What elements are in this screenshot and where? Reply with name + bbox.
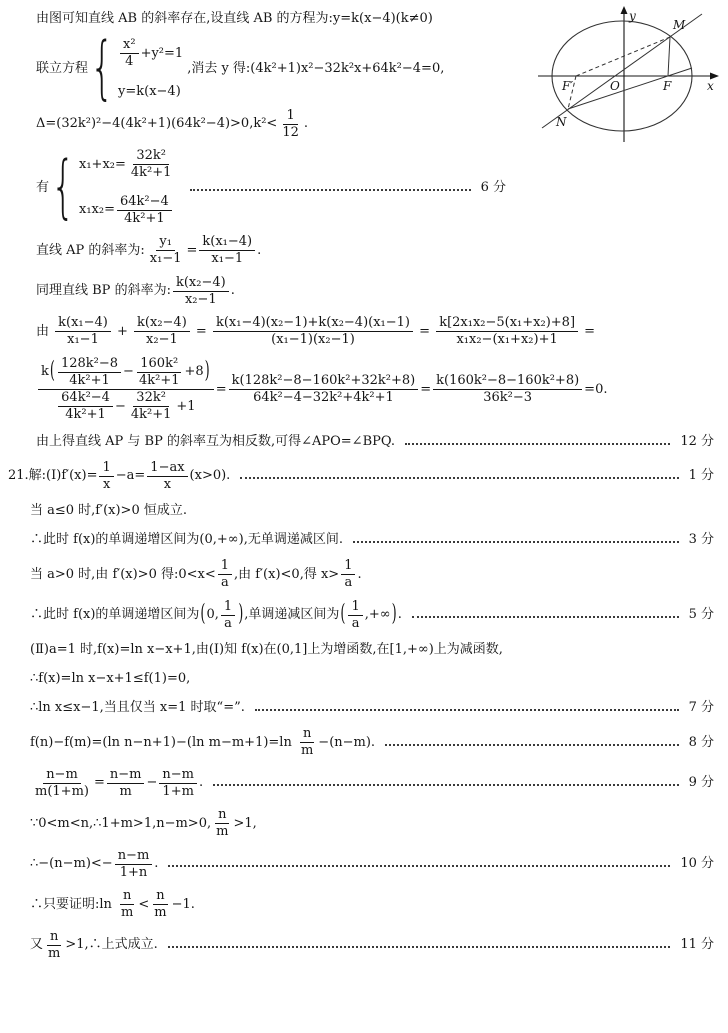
formula-text: −a= — [116, 467, 146, 485]
fraction: 64k²−44k²+1 — [117, 194, 172, 228]
formula-text: − — [115, 399, 126, 415]
label-origin-O: O — [610, 79, 620, 93]
formula-text: 同理直线 BP 的斜率为: — [36, 282, 171, 300]
fraction-numerator: 1 — [283, 108, 297, 125]
formula-text: ,+∞ — [365, 606, 391, 624]
fraction-denominator: m — [117, 784, 135, 800]
fraction-numerator: 1 — [99, 460, 113, 477]
dotted-leader — [168, 944, 671, 948]
line-conclusion-angles: 由上得直线 AP 与 BP 的斜率互为相反数,可得∠APO=∠BPQ.12 分 — [36, 431, 714, 453]
fraction-numerator: n−m — [115, 848, 153, 865]
fraction: x²4 — [120, 37, 139, 71]
formula-text: 4k²+1 — [124, 211, 165, 227]
fraction-denominator: a — [349, 616, 363, 632]
formula-text: k(x₁−4)(x₂−1)+k(x₂−4)(x₁−1) — [216, 315, 410, 331]
label-focus-Fprime: F′ — [561, 79, 573, 93]
big-paren: ( — [200, 599, 205, 632]
segment-MF — [668, 37, 670, 76]
formula-text: 1 — [351, 599, 359, 615]
formula-text: a — [221, 575, 229, 591]
formula-text: = — [580, 323, 595, 341]
fraction-numerator: x² — [120, 37, 139, 54]
formula-text: ∴此时 f(x)的单调递增区间为 — [30, 606, 199, 624]
left-brace-icon: { — [90, 35, 114, 103]
fraction-numerator: n−m — [159, 767, 197, 784]
fraction: 1a — [218, 558, 232, 592]
formula-text: k(x₁−4) — [58, 315, 108, 331]
formula-text: 有 — [36, 179, 49, 197]
formula-text: x₂−1 — [185, 292, 217, 308]
formula-text: (Ⅱ)a=1 时,f(x)=ln x−x+1,由(Ⅰ)知 f(x)在(0,1]上… — [30, 641, 503, 659]
formula-text: 1 — [344, 558, 352, 574]
fraction-denominator: 1+m — [159, 784, 197, 800]
fraction-denominator: (x₁−1)(x₂−1) — [268, 332, 358, 348]
formula-text: n — [303, 726, 311, 742]
fraction: 1a — [221, 599, 235, 633]
line-21-derivative: 21.解:(Ⅰ)f′(x)=1x−a=1−axx(x>0).1 分 — [8, 460, 714, 494]
fraction-numerator: 1 — [348, 599, 362, 616]
fraction: 1a — [348, 599, 362, 633]
line-monotonic-intervals-conclusion: ∴此时 f(x)的单调递增区间为(0,1a),单调递减区间为(1a,+∞).5 … — [30, 599, 714, 633]
fraction-numerator: 32k² — [133, 390, 169, 407]
line-slope-ap: 直线 AP 的斜率为:y₁x₁−1=k(x₁−4)x₁−1. — [36, 234, 714, 268]
dotted-leader — [168, 863, 670, 867]
formula-text: < — [138, 896, 149, 914]
formula-text: 36k²−3 — [483, 390, 532, 406]
y-axis-arrow-icon — [621, 6, 628, 14]
formula-text: x₂−1 — [146, 332, 178, 348]
fraction-denominator: 12 — [279, 125, 302, 141]
score-label: 5 分 — [689, 606, 714, 624]
fraction-numerator: k(x₁−4) — [199, 234, 255, 251]
fraction: 160k²4k²+1 — [136, 356, 183, 390]
fraction-denominator: m — [213, 824, 231, 840]
formula-text: 64k²−4 — [120, 194, 169, 210]
fraction-numerator: n — [153, 888, 167, 905]
fraction: k(x₂−4)x₂−1 — [173, 275, 229, 309]
label-point-N: N — [555, 115, 567, 129]
formula-text: ∴只要证明:ln — [30, 896, 116, 914]
formula-text: ∵0<m<n,∴1+m>1,n−m>0, — [30, 815, 211, 833]
formula-text: n−m — [46, 767, 78, 783]
formula-text: 当 a≤0 时,f′(x)>0 恒成立. — [30, 502, 187, 520]
formula-text: . — [231, 282, 235, 300]
formula-text: = — [94, 774, 105, 792]
system-row: x²4+y²=1 — [118, 37, 183, 71]
formula-text: m — [216, 824, 228, 840]
fraction-numerator: n−m — [107, 767, 145, 784]
formula-text: −(n−m). — [318, 734, 375, 752]
fraction-denominator: x — [161, 477, 174, 493]
dotted-leader — [240, 475, 678, 479]
formula-text: ∴此时 f(x)的单调递增区间为(0,+∞),无单调递减区间. — [30, 531, 343, 549]
fraction: 1x — [99, 460, 113, 494]
formula-text: 4 — [125, 54, 133, 70]
formula-text: = — [187, 242, 198, 260]
formula-text: 1+m — [162, 784, 194, 800]
formula-text: +y²=1 — [141, 45, 184, 63]
fraction-denominator: 36k²−3 — [480, 390, 535, 406]
fraction-denominator: 4k²+1 — [136, 373, 183, 389]
fraction-numerator: k(160k²−8−160k²+8) — [433, 373, 582, 390]
ellipse-figure: y x M N F F′ O — [536, 6, 722, 146]
fraction-numerator: k(x₁−4) — [55, 315, 111, 332]
formula-text: ∴−(n−m)<− — [30, 855, 113, 873]
score-label: 3 分 — [689, 531, 714, 549]
formula-text: 128k²−8 — [61, 356, 118, 372]
formula-text: = — [192, 323, 211, 341]
fraction-numerator: 1−ax — [147, 460, 187, 477]
system-row: x₁x₂=64k²−44k²+1 — [79, 194, 174, 228]
fraction-denominator: m — [45, 946, 63, 962]
formula-text: y₁ — [159, 234, 172, 250]
formula-text: k(128k²−8−160k²+32k²+8) — [232, 373, 416, 389]
fraction: k(160k²−8−160k²+8)36k²−3 — [433, 373, 582, 407]
formula-text: >1, — [233, 815, 256, 833]
formula-text: + — [113, 323, 132, 341]
dotted-leader — [385, 742, 679, 746]
fraction: nm — [213, 807, 231, 841]
fraction-numerator: 1 — [218, 558, 232, 575]
formula-text: k(160k²−8−160k²+8) — [436, 373, 579, 389]
formula-text: ,消去 y 得:(4k²+1)x²−32k²x+64k²−4=0, — [187, 60, 444, 78]
fraction-denominator: x₂−1 — [182, 292, 220, 308]
line-vieta-system: 有{x₁+x₂=32k²4k²+1x₁x₂=64k²−44k²+16 分 — [36, 148, 506, 227]
fraction-denominator: 4 — [122, 54, 136, 70]
label-x-axis: x — [707, 79, 714, 93]
formula-text: 1 — [102, 460, 110, 476]
formula-text: x — [164, 477, 171, 493]
big-paren: ) — [392, 599, 397, 632]
line-negative-inequality: ∴−(n−m)<−n−m1+n.10 分 — [30, 848, 714, 882]
formula-text: 64k²−4−32k²+4k²+1 — [253, 390, 394, 406]
formula-text: n — [156, 888, 164, 904]
formula-text: 4k²+1 — [69, 373, 110, 389]
formula-text: n — [123, 888, 131, 904]
score-label: 8 分 — [689, 734, 714, 752]
system-row: x₁+x₂=32k²4k²+1 — [79, 148, 176, 182]
fraction-denominator: x₂−1 — [143, 332, 181, 348]
fraction-denominator: m(1+m) — [32, 784, 92, 800]
formula-text: x₁x₂= — [79, 201, 115, 219]
formula-text: k(x₂−4) — [176, 275, 226, 291]
formula-text: 1−ax — [150, 460, 184, 476]
fraction: n−m1+m — [159, 767, 197, 801]
formula-text: m — [120, 784, 132, 800]
formula-text: x₁+x₂= — [79, 156, 126, 174]
line-inequalities-mn: ∵0<m<n,∴1+m>1,n−m>0,nm>1, — [30, 807, 714, 841]
fraction-denominator: 4k²+1 — [121, 211, 168, 227]
fraction-denominator: a — [218, 575, 232, 591]
fraction-denominator: m — [298, 743, 316, 759]
line-slope-sum-evaluation: k(128k²−84k²+1−160k²4k²+1+8)64k²−44k²+1−… — [36, 356, 714, 424]
formula-text: 32k² — [136, 148, 166, 164]
formula-text: 1 — [286, 108, 294, 124]
score-label: 1 分 — [689, 467, 714, 485]
formula-text: . — [199, 774, 203, 792]
big-paren: ( — [50, 358, 55, 387]
formula-text: x² — [123, 37, 136, 53]
label-point-M: M — [672, 18, 686, 32]
formula-text: 160k² — [140, 356, 178, 372]
fraction-denominator: 4k²+1 — [128, 165, 175, 181]
big-paren: ) — [205, 358, 210, 387]
fraction: nm — [45, 929, 63, 963]
formula-text: x₁−1 — [150, 251, 182, 267]
formula-text: k(x₁−4) — [202, 234, 252, 250]
formula-text: +1 — [176, 399, 195, 415]
formula-text: f(n)−f(m)=(ln n−n+1)−(ln m−m+1)=ln — [30, 734, 296, 752]
formula-text: m — [301, 743, 313, 759]
dotted-leader — [353, 539, 679, 543]
fraction: 32k²4k²+1 — [128, 390, 175, 424]
ellipse-diagram: y x M N F F′ O — [536, 6, 722, 146]
formula-text: . — [257, 242, 261, 260]
fraction-denominator: a — [341, 575, 355, 591]
dotted-leader — [412, 614, 679, 618]
fraction-numerator: n−m — [43, 767, 81, 784]
formula-text: 12 — [282, 125, 299, 141]
big-paren: ( — [340, 599, 345, 632]
formula-text: n — [50, 929, 58, 945]
formula-text: a — [224, 616, 232, 632]
fraction: nm — [118, 888, 136, 922]
left-brace-icon: { — [51, 154, 75, 222]
formula-text: 64k²−4 — [61, 390, 110, 406]
formula-text: +8 — [184, 364, 203, 380]
line-fraction-identity: n−mm(1+m)=n−mm−n−m1+m.9 分 — [30, 767, 714, 801]
formula-text: 1 — [224, 599, 232, 615]
score-label: 9 分 — [689, 774, 714, 792]
fraction: 64k²−44k²+1 — [58, 390, 113, 424]
formula-text: x₁−1 — [67, 332, 99, 348]
formula-text: x — [103, 477, 110, 493]
formula-text: 直线 AP 的斜率为: — [36, 242, 145, 260]
fraction: n−mm — [107, 767, 145, 801]
fraction-numerator: k(x₂−4) — [173, 275, 229, 292]
line-part2-setup: (Ⅱ)a=1 时,f(x)=ln x−x+1,由(Ⅰ)知 f(x)在(0,1]上… — [30, 639, 714, 661]
formula-text: 32k² — [136, 390, 166, 406]
formula-text: (x₁−1)(x₂−1) — [271, 332, 355, 348]
fraction: 1−axx — [147, 460, 187, 494]
formula-text: 由图可知直线 AB 的斜率存在,设直线 AB 的方程为:y=k(x−4)(k≠0… — [36, 10, 433, 28]
fraction-numerator: n — [120, 888, 134, 905]
formula-text: − — [146, 774, 157, 792]
formula-text: 4k²+1 — [65, 407, 106, 423]
fraction-numerator: k(128k²−84k²+1−160k²4k²+1+8) — [38, 356, 214, 391]
formula-text: 4k²+1 — [131, 407, 172, 423]
formula-text: ∴ln x≤x−1,当且仅当 x=1 时取“=”. — [30, 699, 245, 717]
line-NF — [568, 68, 692, 109]
score-label: 12 分 — [680, 433, 714, 451]
line-f-le-zero: ∴f(x)=ln x−x+1≤f(1)=0, — [30, 668, 714, 690]
formula-text: 1+n — [120, 865, 148, 881]
formula-text: 又 — [30, 936, 43, 954]
formula-text: 4k²+1 — [131, 165, 172, 181]
fraction: nm — [151, 888, 169, 922]
line-need-to-prove: ∴只要证明:ln nm<nm−1. — [30, 888, 714, 922]
fraction: 1a — [341, 558, 355, 592]
dotted-leader — [190, 187, 470, 191]
label-y-axis: y — [628, 9, 636, 23]
brace-system: {x²4+y²=1y=k(x−4) — [88, 37, 183, 101]
fraction-denominator: x₁−1 — [147, 251, 185, 267]
formula-text: (x>0). — [190, 467, 231, 485]
fraction: y₁x₁−1 — [147, 234, 185, 268]
fraction-numerator: 160k² — [137, 356, 181, 373]
fraction-denominator: 1+n — [117, 865, 151, 881]
fraction-numerator: 1 — [341, 558, 355, 575]
formula-text: a — [344, 575, 352, 591]
formula-text: n−m — [118, 848, 150, 864]
score-label: 6 分 — [481, 179, 506, 197]
big-paren: ) — [238, 599, 243, 632]
formula-text: 0, — [207, 606, 219, 624]
fraction-numerator: 32k² — [133, 148, 169, 165]
fraction: k(x₁−4)x₁−1 — [55, 315, 111, 349]
fraction-numerator: n — [215, 807, 229, 824]
formula-text: x₁x₂−(x₁+x₂)+1 — [456, 332, 557, 348]
score-label: 10 分 — [680, 855, 714, 873]
formula-text: . — [304, 115, 308, 133]
system-row: y=k(x−4) — [118, 83, 181, 101]
fraction: k(x₂−4)x₂−1 — [134, 315, 190, 349]
line-case-a-positive: 当 a>0 时,由 f′(x)>0 得:0<x<1a,由 f′(x)<0,得 x… — [30, 558, 714, 592]
fraction-denominator: 64k²−4−32k²+4k²+1 — [250, 390, 397, 406]
fraction: nm — [298, 726, 316, 760]
formula-text: y=k(x−4) — [118, 83, 181, 101]
line-slope-sum-expansion: 由 k(x₁−4)x₁−1 + k(x₂−4)x₂−1 = k(x₁−4)(x₂… — [36, 315, 714, 349]
formula-text: >1,∴上式成立. — [65, 936, 157, 954]
line-slope-bp: 同理直线 BP 的斜率为:k(x₂−4)x₂−1. — [36, 275, 714, 309]
fraction: 112 — [279, 108, 302, 142]
fraction-numerator: k(x₂−4) — [134, 315, 190, 332]
formula-text: 1 — [221, 558, 229, 574]
dotted-leader — [405, 441, 670, 445]
fraction: k(x₁−4)(x₂−1)+k(x₂−4)(x₁−1)(x₁−1)(x₂−1) — [213, 315, 413, 349]
formula-text: x₁−1 — [211, 251, 243, 267]
fraction: 128k²−84k²+1 — [58, 356, 121, 390]
fraction: n−m1+n — [115, 848, 153, 882]
formula-text: ,由 f′(x)<0,得 x> — [234, 566, 339, 584]
score-label: 11 分 — [680, 936, 714, 954]
label-focus-F: F — [662, 79, 672, 93]
fraction-denominator: x₁−1 — [208, 251, 246, 267]
fraction-denominator: m — [151, 905, 169, 921]
brace-system: {x₁+x₂=32k²4k²+1x₁x₂=64k²−44k²+1 — [49, 148, 176, 227]
formula-text: 4k²+1 — [139, 373, 180, 389]
fraction-numerator: 64k²−4 — [58, 390, 113, 407]
fraction-numerator: n — [300, 726, 314, 743]
formula-text: m — [121, 905, 133, 921]
fraction: 32k²4k²+1 — [128, 148, 175, 182]
formula-text: = — [216, 381, 227, 399]
formula-text: 由 — [36, 323, 53, 341]
formula-text: m — [154, 905, 166, 921]
formula-text: −1. — [172, 896, 195, 914]
fraction-numerator: k(128k²−8−160k²+32k²+8) — [229, 373, 419, 390]
formula-text: . — [154, 855, 158, 873]
line-ln-inequality: ∴ln x≤x−1,当且仅当 x=1 时取“=”.7 分 — [30, 697, 714, 719]
fraction-denominator: 64k²−44k²+1−32k²4k²+1+1 — [53, 390, 198, 424]
formula-text: m(1+m) — [35, 784, 89, 800]
fraction-denominator: a — [221, 616, 235, 632]
formula-text: ∴f(x)=ln x−x+1≤f(1)=0, — [30, 670, 190, 688]
fraction-denominator: m — [118, 905, 136, 921]
formula-text: 21.解:(Ⅰ)f′(x)= — [8, 467, 97, 485]
fraction: k[2x₁x₂−5(x₁+x₂)+8]x₁x₂−(x₁+x₂)+1 — [436, 315, 578, 349]
fraction-denominator: 4k²+1 — [62, 407, 109, 423]
fraction: k(128k²−8−160k²+32k²+8)64k²−4−32k²+4k²+1 — [229, 373, 419, 407]
formula-text: . — [357, 566, 361, 584]
formula-text: ,单调递减区间为 — [244, 606, 339, 624]
fraction-numerator: 128k²−8 — [58, 356, 121, 373]
fraction-denominator: x₁−1 — [64, 332, 102, 348]
formula-text: m — [48, 946, 60, 962]
line-monotonic-increase-conclusion: ∴此时 f(x)的单调递增区间为(0,+∞),无单调递减区间.3 分 — [30, 529, 714, 551]
fraction: k(x₁−4)x₁−1 — [199, 234, 255, 268]
formula-text: 联立方程 — [36, 60, 88, 78]
score-label: 7 分 — [689, 699, 714, 717]
fraction-numerator: 1 — [221, 599, 235, 616]
fraction: k(128k²−84k²+1−160k²4k²+1+8)64k²−44k²+1−… — [38, 356, 214, 424]
fraction-numerator: k(x₁−4)(x₂−1)+k(x₂−4)(x₁−1) — [213, 315, 413, 332]
formula-text: =0. — [584, 381, 607, 399]
formula-text: Δ=(32k²)²−4(4k²+1)(64k²−4)>0,k²< — [36, 115, 277, 133]
fraction-denominator: x₁x₂−(x₁+x₂)+1 — [453, 332, 560, 348]
system-rows: x²4+y²=1y=k(x−4) — [118, 37, 183, 101]
fraction-numerator: y₁ — [156, 234, 175, 251]
formula-text: k(x₂−4) — [137, 315, 187, 331]
formula-text: k[2x₁x₂−5(x₁+x₂)+8] — [439, 315, 575, 331]
fraction-denominator: 4k²+1 — [128, 407, 175, 423]
system-rows: x₁+x₂=32k²4k²+1x₁x₂=64k²−44k²+1 — [79, 148, 176, 227]
formula-text: = — [420, 381, 431, 399]
fraction: n−mm(1+m) — [32, 767, 92, 801]
fraction-numerator: 64k²−4 — [117, 194, 172, 211]
formula-text: n−m — [110, 767, 142, 783]
formula-text: n−m — [162, 767, 194, 783]
dotted-leader — [255, 707, 679, 711]
dotted-leader — [213, 782, 678, 786]
line-fn-minus-fm: f(n)−f(m)=(ln n−n+1)−(ln m−m+1)=ln nm−(n… — [30, 726, 714, 760]
formula-text: − — [123, 364, 134, 380]
fraction-numerator: n — [47, 929, 61, 946]
formula-text: = — [415, 323, 434, 341]
fraction-denominator: x — [100, 477, 113, 493]
fraction-numerator: k[2x₁x₂−5(x₁+x₂)+8] — [436, 315, 578, 332]
formula-text: k — [41, 364, 49, 380]
line-case-a-nonpositive: 当 a≤0 时,f′(x)>0 恒成立. — [30, 500, 714, 522]
formula-text: a — [352, 616, 360, 632]
formula-text: n — [218, 807, 226, 823]
formula-text: . — [398, 606, 402, 624]
line-conclusion-holds: 又nm>1,∴上式成立.11 分 — [30, 929, 714, 963]
formula-text: 当 a>0 时,由 f′(x)>0 得:0<x< — [30, 566, 216, 584]
formula-text: 由上得直线 AP 与 BP 的斜率互为相反数,可得∠APO=∠BPQ. — [36, 433, 395, 451]
fraction-denominator: 4k²+1 — [66, 373, 113, 389]
